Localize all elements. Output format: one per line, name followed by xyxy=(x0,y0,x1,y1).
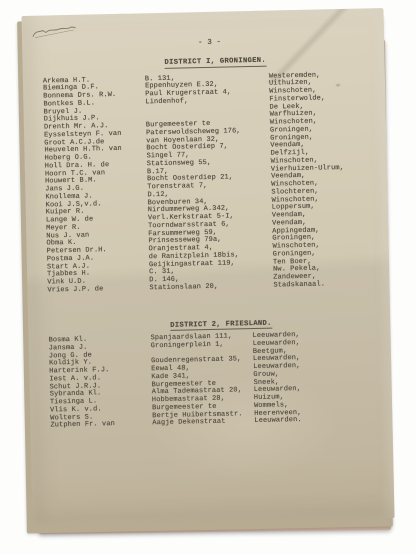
page-content: - 3 - DISTRICT I, GRONINGEN. Arkema H.T.… xyxy=(21,8,392,431)
district-1-roster: Arkema H.T. B. 131, Westeremden, Bieming… xyxy=(43,71,376,295)
section-title-district-2: DISTRICT 2, FRIESLAND. xyxy=(170,319,272,331)
district-2-roster: Bosma Kl. Spanjaardslaan 111, Leeuwarden… xyxy=(48,330,378,430)
name-cell: Vries J.P. de xyxy=(47,285,149,295)
city-cell: Leeuwarden. xyxy=(254,416,378,426)
district-1-section: DISTRICT I, GRONINGEN. Arkema H.T. B. 13… xyxy=(42,43,375,295)
address-cell: Stationslaan 20, xyxy=(149,282,273,292)
paper-sheet: - 3 - DISTRICT I, GRONINGEN. Arkema H.T.… xyxy=(21,8,394,526)
district-2-section: DISTRICT 2, FRIESLAND. Bosma Kl. Spanjaa… xyxy=(48,306,378,431)
city-cell: Stadskanaal. xyxy=(273,280,375,290)
document-photo: - 3 - DISTRICT I, GRONINGEN. Arkema H.T.… xyxy=(0,0,416,555)
section-title-district-1: DISTRICT I, GRONINGEN. xyxy=(164,57,266,69)
name-cell: Zutphen Fr. van xyxy=(50,421,152,431)
